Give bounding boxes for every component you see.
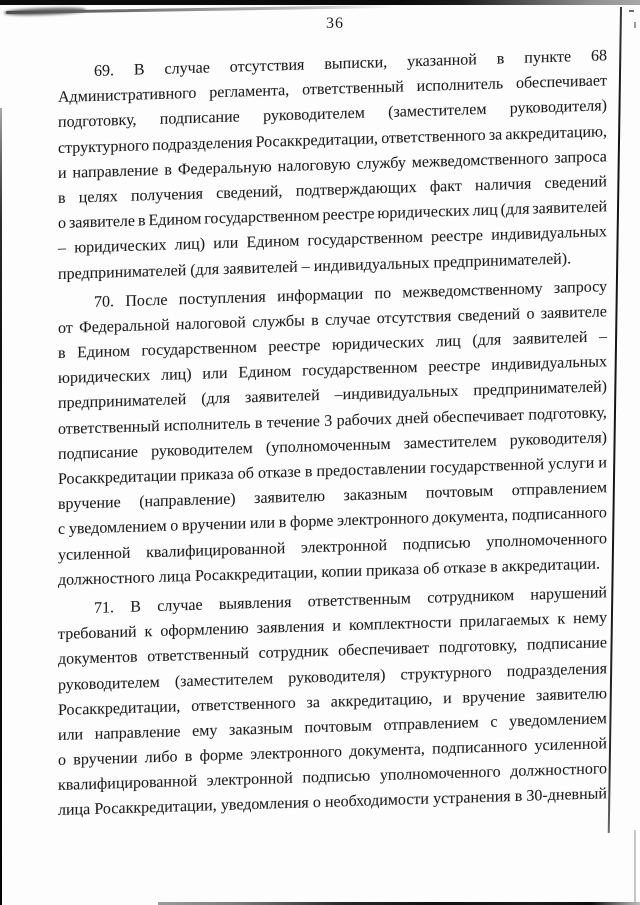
paragraph-70: 70.Послепоступленияинформациипомежведомс… [58, 274, 607, 593]
scan-left-edge-line-artifact [0, 108, 2, 905]
scan-speck [629, 10, 634, 12]
document-text-block: 69.Вслучаеотсутствиявыписки,указаннойвпу… [58, 43, 607, 823]
paragraph-71: 71.Вслучаевыявленияответственнымсотрудни… [58, 580, 607, 823]
scan-speck [634, 22, 636, 28]
scan-top-bar-artifact [0, 0, 640, 5]
scanned-document-page: 36 69.Вслучаеотсутствиявыписки,указанной… [0, 0, 640, 905]
paragraph-69: 69.Вслучаеотсутствиявыписки,указаннойвпу… [58, 43, 607, 286]
page-number: 36 [300, 15, 370, 33]
scan-right-edge-line-artifact [608, 7, 623, 833]
scan-smudge-artifact [6, 5, 394, 14]
scan-right-edge-faint-line-artifact [634, 830, 636, 905]
